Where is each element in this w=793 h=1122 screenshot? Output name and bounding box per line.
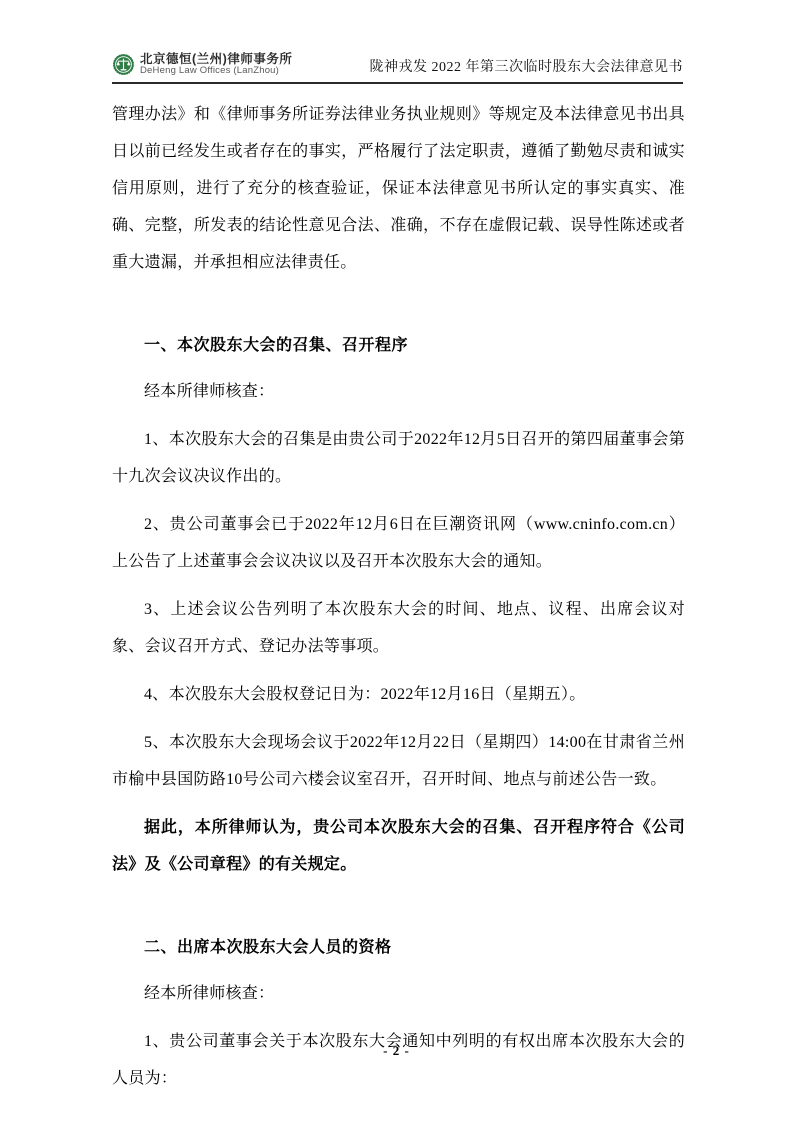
page-footer: - 2 -	[0, 1042, 793, 1060]
page-header: 北京德恒(兰州)律师事务所 DeHeng Law Offices (LanZho…	[112, 52, 683, 84]
deheng-logo-icon	[112, 53, 135, 76]
section1-conclusion: 据此，本所律师认为，贵公司本次股东大会的召集、召开程序符合《公司法》及《公司章程…	[112, 809, 685, 883]
section1-item-4: 4、本次股东大会股权登记日为：2022年12月16日（星期五）。	[112, 676, 685, 713]
law-firm-name-en: DeHeng Law Offices (LanZhou)	[140, 66, 292, 77]
section2-heading: 二、出席本次股东大会人员的资格	[112, 929, 685, 966]
section1-heading: 一、本次股东大会的召集、召开程序	[112, 327, 685, 364]
section1-item-5: 5、本次股东大会现场会议于2022年12月22日（星期四）14:00在甘肃省兰州…	[112, 724, 685, 798]
document-title: 陇神戎发 2022 年第三次临时股东大会法律意见书	[370, 56, 684, 77]
section1-item-3: 3、上述会议公告列明了本次股东大会的时间、地点、议程、出席会议对象、会议召开方式…	[112, 591, 685, 665]
intro-continuation-paragraph: 管理办法》和《律师事务所证券法律业务执业规则》等规定及本法律意见书出具日以前已经…	[112, 96, 685, 281]
section1-item-2: 2、贵公司董事会已于2022年12月6日在巨潮资讯网（www.cninfo.co…	[112, 506, 685, 580]
section1-item-1: 1、本次股东大会的召集是由贵公司于2022年12月5日召开的第四届董事会第十九次…	[112, 421, 685, 495]
section2-item-1: 1、贵公司董事会关于本次股东大会通知中列明的有权出席本次股东大会的人员为：	[112, 1023, 685, 1097]
section2-lead: 经本所律师核查：	[112, 975, 685, 1012]
page-number: - 2 -	[383, 1043, 410, 1058]
document-page: 北京德恒(兰州)律师事务所 DeHeng Law Offices (LanZho…	[0, 0, 793, 1122]
document-body: 管理办法》和《律师事务所证券法律业务执业规则》等规定及本法律意见书出具日以前已经…	[112, 96, 685, 1108]
law-firm-names: 北京德恒(兰州)律师事务所 DeHeng Law Offices (LanZho…	[140, 52, 292, 77]
law-firm-brand: 北京德恒(兰州)律师事务所 DeHeng Law Offices (LanZho…	[112, 52, 292, 77]
section1-lead: 经本所律师核查：	[112, 373, 685, 410]
law-firm-name-cn: 北京德恒(兰州)律师事务所	[140, 52, 292, 66]
